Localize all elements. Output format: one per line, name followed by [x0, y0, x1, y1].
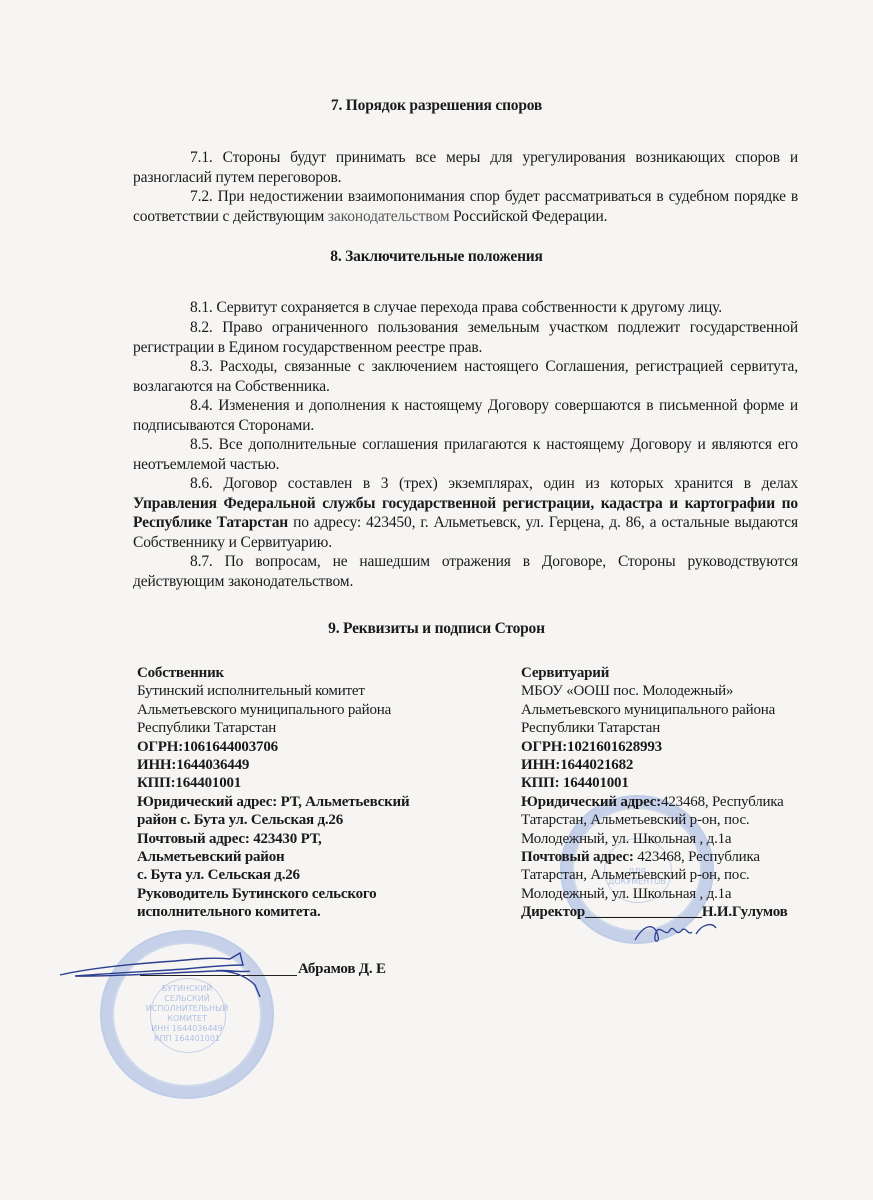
- servitor-kpp: КПП: 164401001: [521, 774, 788, 792]
- clause-8-4: 8.4. Изменения и дополнения к настоящему…: [133, 396, 798, 435]
- owner-legal-address-2: район с. Бута ул. Сельская д.26: [137, 811, 409, 829]
- owner-signature: [55, 945, 315, 1005]
- clause-8-3: 8.3. Расходы, связанные с заключением на…: [133, 357, 798, 396]
- servitor-legal-address-3: Молодежный, ул. Школьная , д.1а: [521, 830, 788, 848]
- stamp-line: ИНН 1644036449: [102, 1024, 272, 1034]
- document-page: 7. Порядок разрешения споров 7.1. Сторон…: [0, 0, 873, 1200]
- owner-role-1: Руководитель Бутинского сельского: [137, 885, 409, 903]
- clause-8-1: 8.1. Сервитут сохраняется в случае перех…: [133, 298, 798, 318]
- owner-postal-address-3: с. Бута ул. Сельская д.26: [137, 866, 409, 884]
- servitor-postal-address-1: Почтовый адрес: 423468, Республика: [521, 848, 788, 866]
- servitor-legal-address-1: Юридический адрес:423468, Республика: [521, 793, 788, 811]
- owner-role-2: исполнительного комитета.: [137, 903, 409, 921]
- owner-name-3: Республики Татарстан: [137, 719, 409, 737]
- owner-kpp: КПП:164401001: [137, 774, 409, 792]
- owner-legal-address-1: Юридический адрес: РТ, Альметьевский: [137, 793, 409, 811]
- servitor-legal-address-2: Татарстан, Альметьевский р-он, пос.: [521, 811, 788, 829]
- servitor-name-1: МБОУ «ООШ пос. Молодежный»: [521, 682, 788, 700]
- clause-7-2-end: Российской Федерации.: [449, 208, 607, 225]
- servitor-details: Сервитуарий МБОУ «ООШ пос. Молодежный» А…: [521, 664, 788, 922]
- stamp-line: ИСПОЛНИТЕЛЬНЫЙ: [102, 1004, 272, 1014]
- section-8-title: 8. Заключительные положения: [0, 248, 873, 266]
- owner-heading: Собственник: [137, 664, 409, 682]
- clause-8-6: 8.6. Договор составлен в 3 (трех) экземп…: [133, 474, 798, 552]
- owner-inn: ИНН:1644036449: [137, 756, 409, 774]
- servitor-role: Директор: [521, 904, 585, 920]
- servitor-postal-address-3: Молодежный, ул. Школьная , д.1а: [521, 885, 788, 903]
- clause-8-7: 8.7. По вопросам, не нашедшим отражения …: [133, 552, 798, 591]
- servitor-ogrn: ОГРН:1021601628993: [521, 738, 788, 756]
- legal-address-label: Юридический адрес:: [521, 794, 661, 810]
- clause-7-2-law: законодательством: [328, 208, 450, 225]
- servitor-signature: [630, 918, 720, 948]
- servitor-heading: Сервитуарий: [521, 664, 788, 682]
- legal-address-value: 423468, Республика: [661, 794, 784, 810]
- clause-8-6-text: 8.6. Договор составлен в 3 (трех) экземп…: [190, 475, 798, 492]
- postal-address-label: Почтовый адрес:: [521, 849, 634, 865]
- owner-ogrn: ОГРН:1061644003706: [137, 738, 409, 756]
- section-9-title: 9. Реквизиты и подписи Сторон: [0, 620, 873, 638]
- owner-postal-address-2: Альметьевский район: [137, 848, 409, 866]
- stamp-line: КОМИТЕТ: [102, 1014, 272, 1024]
- clause-8-2: 8.2. Право ограниченного пользования зем…: [133, 318, 798, 357]
- servitor-postal-address-2: Татарстан, Альметьевский р-он, пос.: [521, 866, 788, 884]
- section-7-title: 7. Порядок разрешения споров: [0, 97, 873, 115]
- owner-details: Собственник Бутинский исполнительный ком…: [137, 664, 409, 922]
- stamp-line: КПП 164401001: [102, 1034, 272, 1044]
- owner-postal-address-1: Почтовый адрес: 423430 РТ,: [137, 830, 409, 848]
- owner-name-2: Альметьевского муниципального района: [137, 701, 409, 719]
- clause-7-2: 7.2. При недостижении взаимопонимания сп…: [133, 187, 798, 226]
- clause-7-1: 7.1. Стороны будут принимать все меры дл…: [133, 148, 798, 187]
- servitor-name-2: Альметьевского муниципального района: [521, 701, 788, 719]
- owner-name-1: Бутинский исполнительный комитет: [137, 682, 409, 700]
- servitor-name-3: Республики Татарстан: [521, 719, 788, 737]
- servitor-inn: ИНН:1644021682: [521, 756, 788, 774]
- clause-8-5: 8.5. Все дополнительные соглашения прила…: [133, 435, 798, 474]
- postal-address-value: 423468, Республика: [634, 849, 760, 865]
